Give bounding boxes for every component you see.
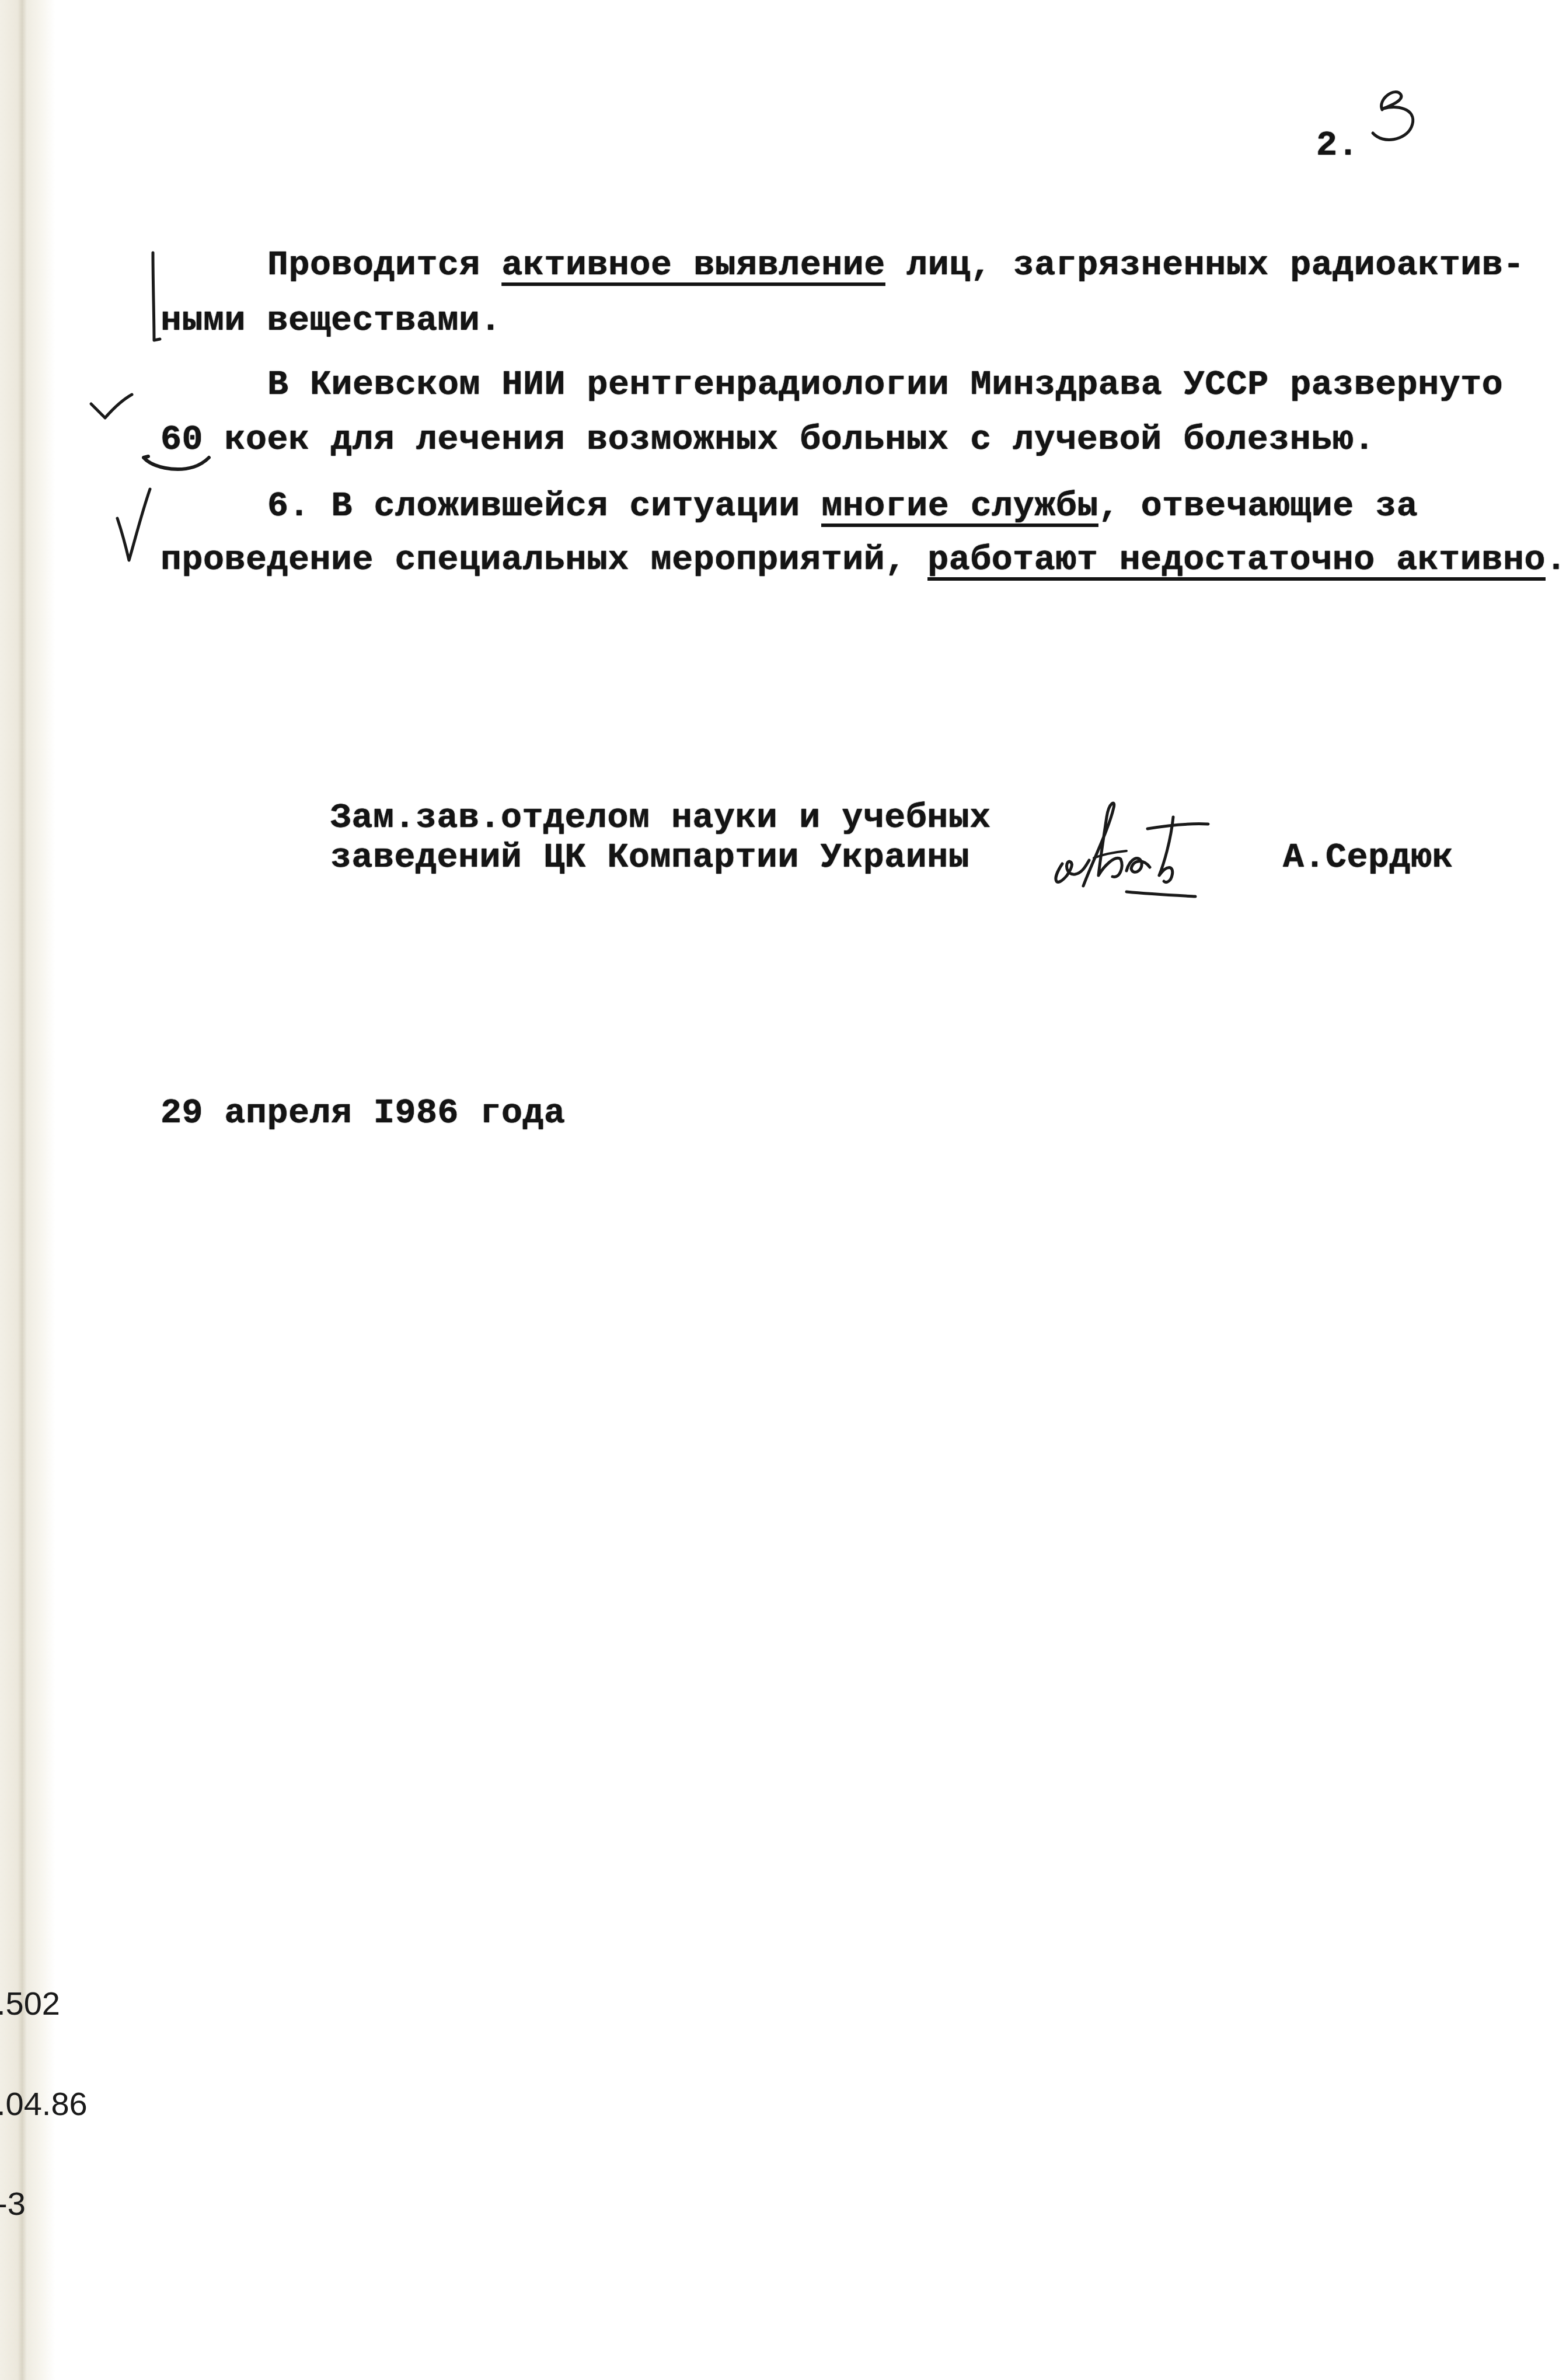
text-segment: .: [1546, 540, 1566, 580]
stamp-line-1: .502: [0, 1987, 88, 2020]
margin-bracket-mark: [146, 248, 169, 347]
text-segment: Проводится: [267, 246, 502, 285]
underlined-phrase: многие службы: [821, 487, 1098, 526]
large-checkmark-icon: [108, 484, 161, 566]
paragraph-2-line-2: 60 коек для лечения возможных больных с …: [161, 423, 1375, 458]
text-segment: коек для лечения возможных больных с луч…: [203, 420, 1375, 460]
paragraph-2-line-1: В Киевском НИИ рентгенрадиологии Минздра…: [267, 368, 1503, 403]
signatory-title-line-1: Зам.зав.отделом науки и учебных: [330, 801, 991, 836]
checkmark-icon: [88, 391, 140, 432]
document-page: 2. Проводится активное выявление лиц, за…: [0, 0, 1566, 2380]
signatory-name: А.Сердюк: [1283, 840, 1453, 875]
paragraph-1-line-1: Проводится активное выявление лиц, загря…: [267, 248, 1525, 283]
paragraph-3-line-1: 6. В сложившейся ситуации многие службы,…: [267, 489, 1418, 524]
page-number-typed: 2.: [1316, 128, 1359, 163]
handwritten-arc-under-60: [140, 449, 222, 484]
stamp-line-2: .04.86: [0, 2087, 88, 2120]
text-segment: лиц, загрязненных радиоактив-: [885, 246, 1525, 285]
archive-reference-stamp: .502 .04.86 -3: [0, 1920, 88, 2287]
text-segment: , отвечающие за: [1098, 487, 1418, 526]
signatory-title-line-2: заведений ЦК Компартии Украины: [330, 840, 969, 875]
text-segment: 6. В сложившейся ситуации: [267, 487, 821, 526]
underlined-phrase: работают недостаточно активно: [927, 540, 1546, 580]
text-segment: ными веществами.: [161, 301, 501, 341]
stamp-line-3: -3: [0, 2187, 88, 2220]
text-segment: проведение специальных мероприятий,: [161, 540, 927, 580]
document-date: 29 апреля I986 года: [161, 1096, 566, 1131]
handwritten-page-number: [1360, 76, 1424, 152]
underlined-phrase: активное выявление: [502, 246, 885, 285]
handwritten-signature: [1039, 794, 1284, 916]
paragraph-3-line-2: проведение специальных мероприятий, рабо…: [161, 543, 1566, 578]
paragraph-1-line-2: ными веществами.: [161, 303, 501, 338]
text-segment: В Киевском НИИ рентгенрадиологии Минздра…: [267, 365, 1503, 405]
